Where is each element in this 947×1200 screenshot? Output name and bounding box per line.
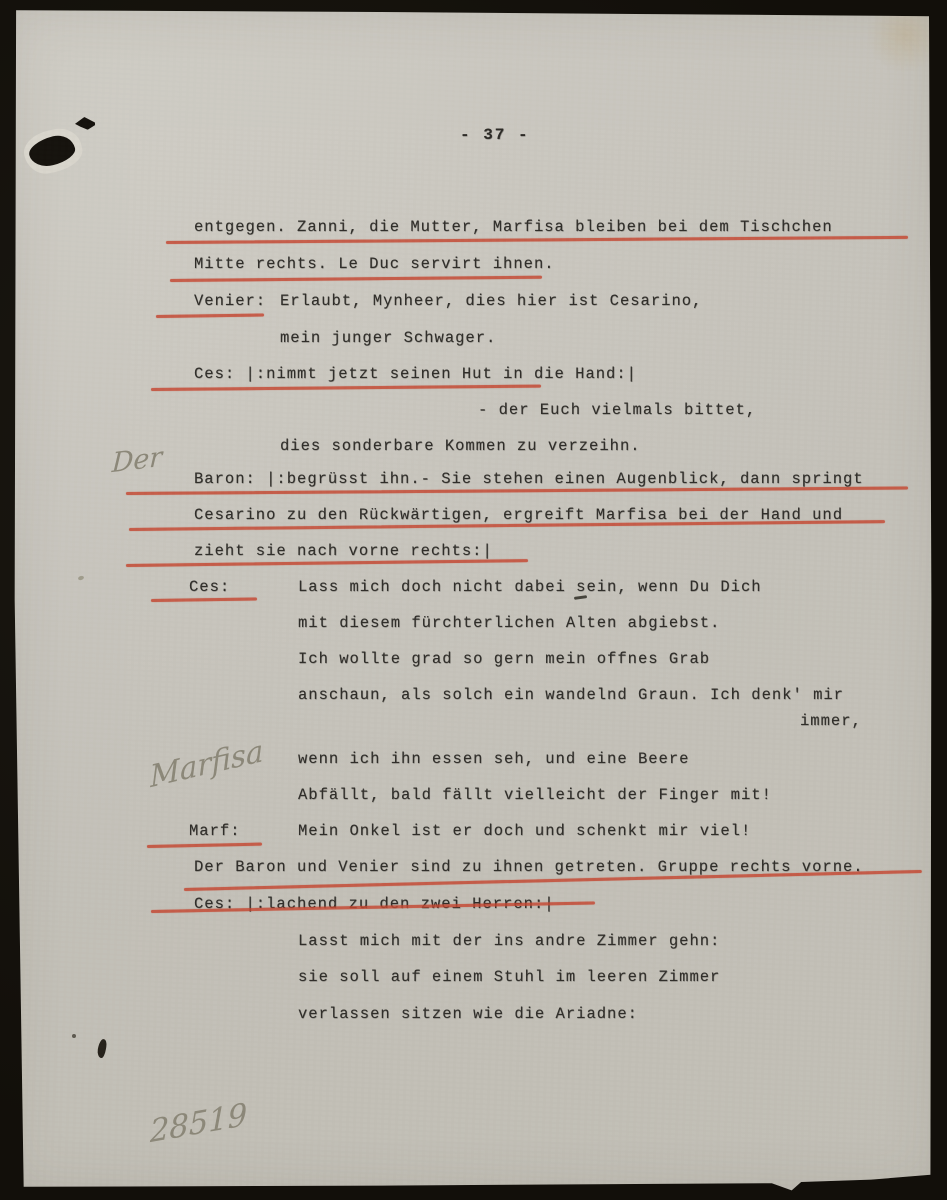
typewritten-text: sie soll auf einem Stuhl im leeren Zimme… xyxy=(298,968,720,986)
margin-note-der: Der xyxy=(111,442,163,480)
typewritten-line: Ich wollte grad so gern mein offnes Grab xyxy=(0,650,947,672)
typewritten-text: Marf: xyxy=(189,822,241,840)
typewritten-text: anschaun, als solch ein wandelnd Graun. … xyxy=(298,686,844,704)
torn-hole-small xyxy=(74,116,95,131)
page-number: - 37 - xyxy=(460,126,530,144)
typewritten-text: Venier: xyxy=(194,292,266,310)
typewritten-text: mein junger Schwager. xyxy=(280,329,496,347)
typewritten-text: dies sonderbare Kommen zu verzeihn. xyxy=(280,437,641,455)
typewritten-text: zieht sie nach vorne rechts:| xyxy=(194,542,493,560)
typewritten-text: Ich wollte grad so gern mein offnes Grab xyxy=(298,650,710,668)
typewritten-line: Ces:Lass mich doch nicht dabei sein, wen… xyxy=(0,578,947,600)
typewritten-text: mit diesem fürchterlichen Alten abgiebst… xyxy=(298,614,720,632)
typewritten-line: immer, xyxy=(0,712,947,734)
typewritten-line: Mitte rechts. Le Duc servirt ihnen. xyxy=(0,255,947,277)
typewritten-text: Abfällt, bald fällt vielleicht der Finge… xyxy=(298,786,772,804)
typewritten-text: Lass mich doch nicht dabei sein, wenn Du… xyxy=(298,578,762,596)
typewritten-line: anschaun, als solch ein wandelnd Graun. … xyxy=(0,686,947,708)
typewritten-text: Mein Onkel ist er doch und schenkt mir v… xyxy=(298,822,751,840)
manuscript-page: - 37 - entgegen. Zanni, die Mutter, Marf… xyxy=(0,0,947,1200)
typewritten-line: - der Euch vielmals bittet, xyxy=(0,401,947,423)
red-pencil-underline xyxy=(151,598,257,602)
typewritten-text: Baron: |:begrüsst ihn.- Sie stehen einen… xyxy=(194,470,864,488)
typewritten-line: sie soll auf einem Stuhl im leeren Zimme… xyxy=(0,968,947,990)
typewritten-text: - der Euch vielmals bittet, xyxy=(478,401,756,419)
typewritten-text: wenn ich ihn essen seh, und eine Beere xyxy=(298,750,689,768)
red-pencil-underline xyxy=(156,313,264,317)
typewritten-text: immer, xyxy=(800,712,862,730)
typewritten-line: mit diesem fürchterlichen Alten abgiebst… xyxy=(0,614,947,636)
typewritten-text: Lasst mich mit der ins andre Zimmer gehn… xyxy=(298,932,720,950)
typewritten-line: wenn ich ihn essen seh, und eine Beere xyxy=(0,750,947,772)
ink-speck xyxy=(72,1034,76,1038)
typewritten-line: Abfällt, bald fällt vielleicht der Finge… xyxy=(0,786,947,808)
typewritten-text: verlassen sitzen wie die Ariadne: xyxy=(298,1005,638,1023)
scan-background: - 37 - entgegen. Zanni, die Mutter, Marf… xyxy=(0,0,947,1200)
typewritten-line: Der Baron und Venier sind zu ihnen getre… xyxy=(0,858,947,880)
typewritten-line: Venier:Erlaubt, Mynheer, dies hier ist C… xyxy=(0,292,947,314)
typewritten-line: mein junger Schwager. xyxy=(0,329,947,351)
typewritten-line: Ces: |:nimmt jetzt seinen Hut in die Han… xyxy=(0,365,947,387)
typewritten-line: verlassen sitzen wie die Ariadne: xyxy=(0,1005,947,1027)
typewritten-line: Marf:Mein Onkel ist er doch und schenkt … xyxy=(0,822,947,844)
typewritten-text: Mitte rechts. Le Duc servirt ihnen. xyxy=(194,255,555,273)
typewritten-line: Lasst mich mit der ins andre Zimmer gehn… xyxy=(0,932,947,954)
typewritten-text: Ces: xyxy=(189,578,230,596)
ink-blot-mark xyxy=(97,1038,108,1058)
typewritten-text: Ces: |:nimmt jetzt seinen Hut in die Han… xyxy=(194,365,637,383)
archive-stamp-number: 28519 xyxy=(150,1097,247,1151)
typewritten-text: entgegen. Zanni, die Mutter, Marfisa ble… xyxy=(194,218,833,236)
typewritten-text: Erlaubt, Mynheer, dies hier ist Cesarino… xyxy=(280,292,702,310)
